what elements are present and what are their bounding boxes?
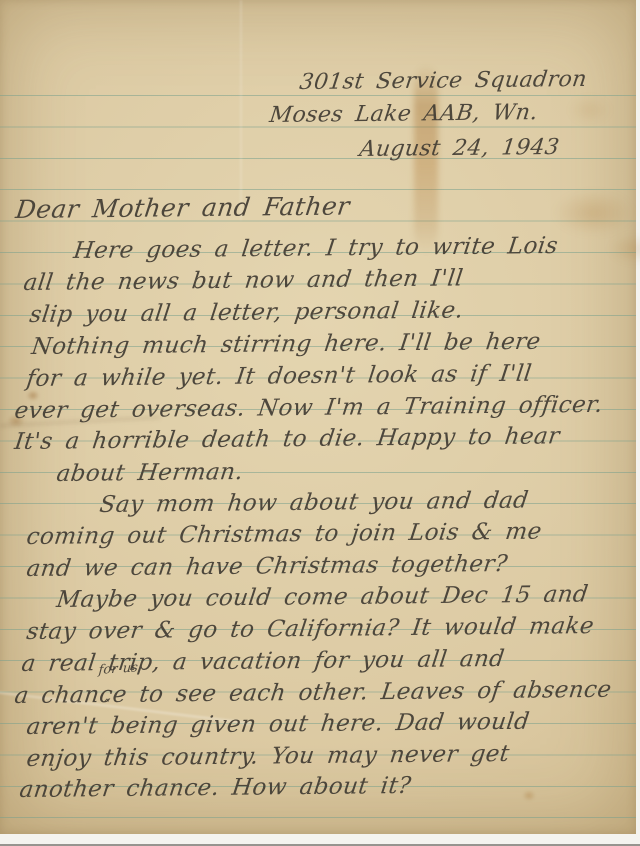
letter-line: a real trip, a vacation for you all and [20,646,506,677]
letter-line: and we can have Christmas together? [25,551,509,582]
letter-line: for a while yet. It doesn't look as if I… [25,361,533,392]
letter-line: Nothing much stirring here. I'll be here [30,329,542,360]
letter-line: Say mom how about you and dad [98,488,530,518]
letter-line: Here goes a letter. I try to write Lois [72,233,560,264]
salutation: Dear Mother and Father [14,192,352,224]
letter-line: enjoy this country. You may never get [25,741,511,772]
letter-line: coming out Christmas to join Lois & me [25,519,543,550]
inserted-word: for us [98,660,138,678]
letter-line: slip you all a letter, personal like. [28,297,465,328]
letter-line: aren't being given out here. Dad would [25,709,531,740]
header-date-line: August 24, 1943 [358,135,561,162]
letter-line: another chance. How about it? [18,773,413,803]
scanned-letter: 301st Service Squadron Moses Lake AAB, W… [0,0,640,846]
header-unit-line: 301st Service Squadron [298,67,588,95]
letter-page: 301st Service Squadron Moses Lake AAB, W… [0,0,636,834]
letter-line: about Herman. [55,459,245,487]
header-base-line: Moses Lake AAB, Wn. [268,100,539,128]
letter-line: all the news but now and then I'll [22,265,465,296]
